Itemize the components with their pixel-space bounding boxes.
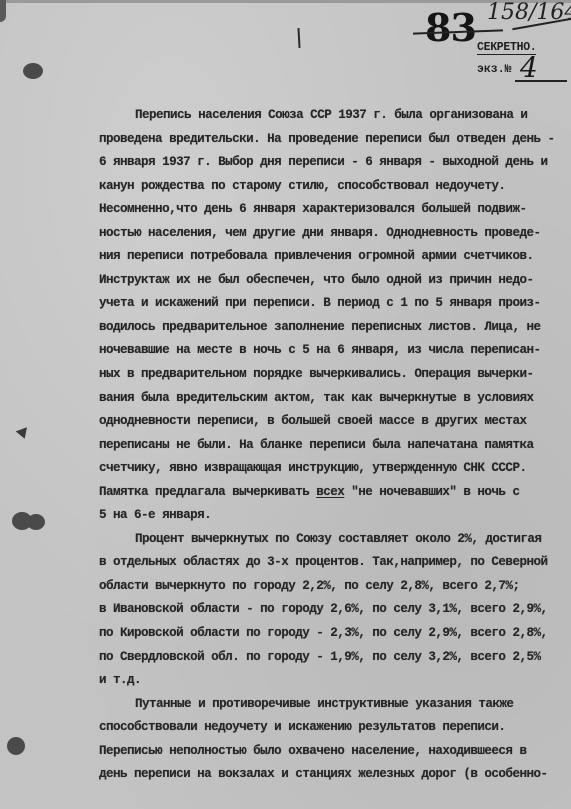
text-line: 6 января 1937 г. Выбор дня переписи - 6 … (99, 151, 571, 175)
text-line: ностью населения, чем другие дни января.… (99, 222, 571, 246)
text-line: вания была вредительским актом, так как … (99, 387, 571, 411)
page-number-mark (297, 28, 300, 48)
text-line: в отдельных областях до 3-х процентов. Т… (99, 551, 571, 575)
text-line: Памятка предлагала вычеркивать всех "не … (99, 481, 571, 505)
text-line: учета и искажений при переписи. В период… (99, 292, 571, 316)
text-line: 5 на 6-е января. (99, 504, 571, 528)
text-line: переписаны не были. На бланке переписи б… (99, 434, 571, 458)
punch-hole (7, 737, 25, 755)
text-line: однодневности переписи, в большей своей … (99, 410, 571, 434)
corner-mark (0, 0, 6, 22)
text-line: ных в предварительном порядке вычеркивал… (99, 363, 571, 387)
text-line: ния переписи потребовала привлечения огр… (99, 245, 571, 269)
text-line: Путанные и противоречивые инструктивные … (99, 693, 571, 717)
text-line: и т.д. (99, 669, 571, 693)
text-line: Несомненно,что день 6 января характеризо… (99, 198, 571, 222)
underlined-word: всех (316, 485, 344, 499)
paper-tear (16, 427, 31, 441)
document-page: 83 158/164 СЕКРЕТНО. экз.№ 4 Перепись на… (0, 0, 571, 809)
text-fragment: Памятка предлагала вычеркивать (99, 485, 316, 499)
copy-number-underline (515, 80, 567, 82)
text-line: Процент вычеркнутых по Союзу составляет … (99, 528, 571, 552)
text-line: Переписью неполностью было охвачено насе… (99, 740, 571, 764)
text-line: способствовали недоучету и искажению рез… (99, 716, 571, 740)
text-line: Перепись населения Союза ССР 1937 г. был… (99, 104, 571, 128)
text-line: проведена вредительски. На проведение пе… (99, 128, 571, 152)
page-top-edge (0, 0, 571, 3)
text-line: по Свердловской обл. по городу - 1,9%, п… (99, 646, 571, 670)
text-line: канун рождества по старому стилю, способ… (99, 175, 571, 199)
punch-hole (23, 63, 43, 79)
text-line: счетчику, явно извращающая инструкцию, у… (99, 457, 571, 481)
text-line: области вычеркнуто по городу 2,2%, по се… (99, 575, 571, 599)
text-fragment: "не ночевавших" в ночь с (344, 485, 519, 499)
text-line: водилось предварительное заполнение пере… (99, 316, 571, 340)
punch-hole (27, 514, 45, 530)
copy-label: экз.№ (477, 63, 512, 76)
text-line: день переписи на вокзалах и станциях жел… (99, 763, 571, 787)
document-body: Перепись населения Союза ССР 1937 г. был… (99, 104, 571, 787)
text-line: Инструктаж их не был обеспечен, что было… (99, 269, 571, 293)
text-line: ночевавшие на месте в ночь с 5 на 6 янва… (99, 339, 571, 363)
text-line: в Ивановской области - по городу 2,6%, п… (99, 598, 571, 622)
text-line: по Кировской области по городу - 2,3%, п… (99, 622, 571, 646)
archive-stamp-number: 83 (425, 5, 476, 50)
